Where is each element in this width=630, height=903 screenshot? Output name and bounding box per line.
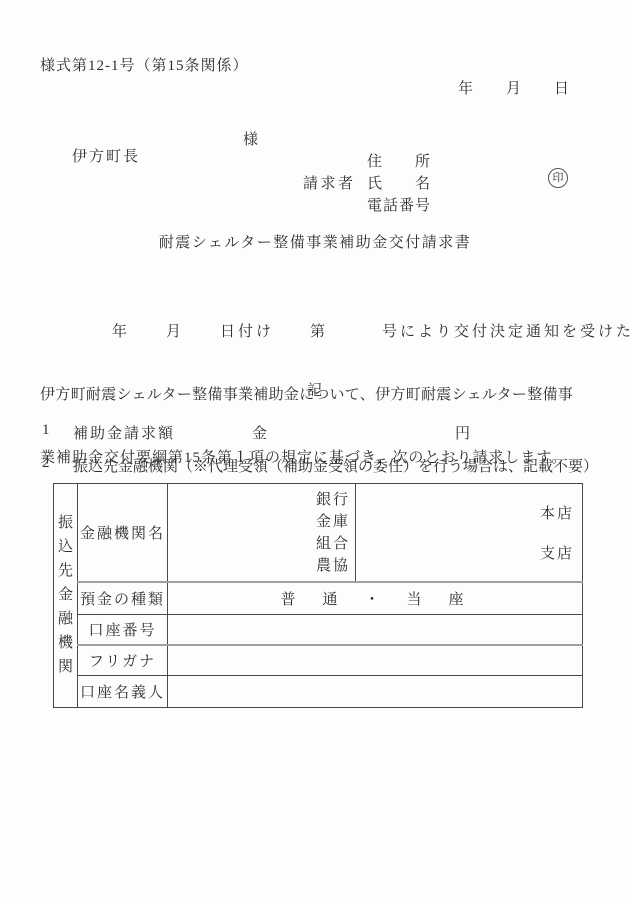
account-holder-input-cell[interactable]	[168, 675, 583, 707]
document-page: 様式第12-1号（第15条関係） 年 月 日 伊方町長 様 請求者 住 所 氏 …	[0, 0, 630, 903]
record-marker: 記	[0, 379, 630, 400]
row-label-furigana: フリガナ	[78, 645, 168, 675]
item-number: 1	[42, 422, 50, 439]
item-label: 補助金請求額	[73, 422, 175, 443]
requester-address-label: 住 所	[367, 150, 431, 171]
requester-name-label: 氏 名	[367, 172, 431, 193]
inkan-seal-icon: 印	[548, 168, 568, 188]
date-line: 年 月 日	[458, 77, 570, 98]
requester-label: 請求者	[303, 172, 356, 193]
branch-name-input-cell[interactable]: 本店 支店	[356, 484, 583, 583]
furigana-input-cell[interactable]	[168, 645, 583, 675]
item-payee-institution: 2 振込先金融機関（※代理受領（補助金受領の委任）を行う場合は、記載不要）	[40, 455, 592, 473]
row-label-account-number: 口座番号	[78, 614, 168, 645]
item-subsidy-amount: 1 補助金請求額 金 円	[40, 422, 592, 440]
amount-prefix: 金	[252, 422, 267, 443]
amount-suffix: 円	[455, 422, 470, 443]
amount-fill-area[interactable]	[276, 422, 448, 440]
account-number-input-cell[interactable]	[168, 614, 583, 645]
bank-type-option: 組合	[316, 533, 350, 555]
bank-type-option: 農協	[316, 555, 350, 577]
row-label-financial-institution: 金融機関名	[78, 484, 168, 583]
branch-type-options: 本店 支店	[356, 484, 582, 581]
vertical-header-text: 振込先金融機関	[58, 511, 73, 679]
addressee-name: 伊方町長	[72, 149, 140, 165]
branch-type-option: 本店	[540, 502, 574, 523]
form-number: 様式第12-1号（第15条関係）	[40, 54, 249, 75]
bank-type-option: 銀行	[316, 489, 350, 511]
bank-type-options: 銀行 金庫 組合 農協	[316, 489, 350, 577]
requester-phone-label: 電話番号	[367, 194, 431, 215]
body-line: 年 月 日付け 第 号により交付決定通知を受けた	[40, 318, 592, 347]
payee-table: 振込先金融機関 金融機関名 銀行 金庫 組合 農協 本店 支店	[53, 483, 583, 708]
item-number: 2	[42, 455, 50, 472]
addressee-row: 伊方町長 様	[57, 128, 140, 200]
addressee-honorific: 様	[243, 128, 258, 149]
row-label-account-holder: 口座名義人	[78, 675, 168, 707]
document-title: 耐震シェルター整備事業補助金交付請求書	[0, 231, 630, 252]
deposit-type-value[interactable]: 普 通 ・ 当 座	[168, 582, 583, 614]
table-vertical-header: 振込先金融機関	[54, 484, 78, 708]
bank-name-input-cell[interactable]: 銀行 金庫 組合 農協	[168, 484, 356, 583]
branch-type-option: 支店	[540, 542, 574, 563]
bank-type-option: 金庫	[316, 511, 350, 533]
item-label: 振込先金融機関（※代理受領（補助金受領の委任）を行う場合は、記載不要）	[73, 455, 598, 476]
row-label-deposit-type: 預金の種類	[78, 582, 168, 614]
